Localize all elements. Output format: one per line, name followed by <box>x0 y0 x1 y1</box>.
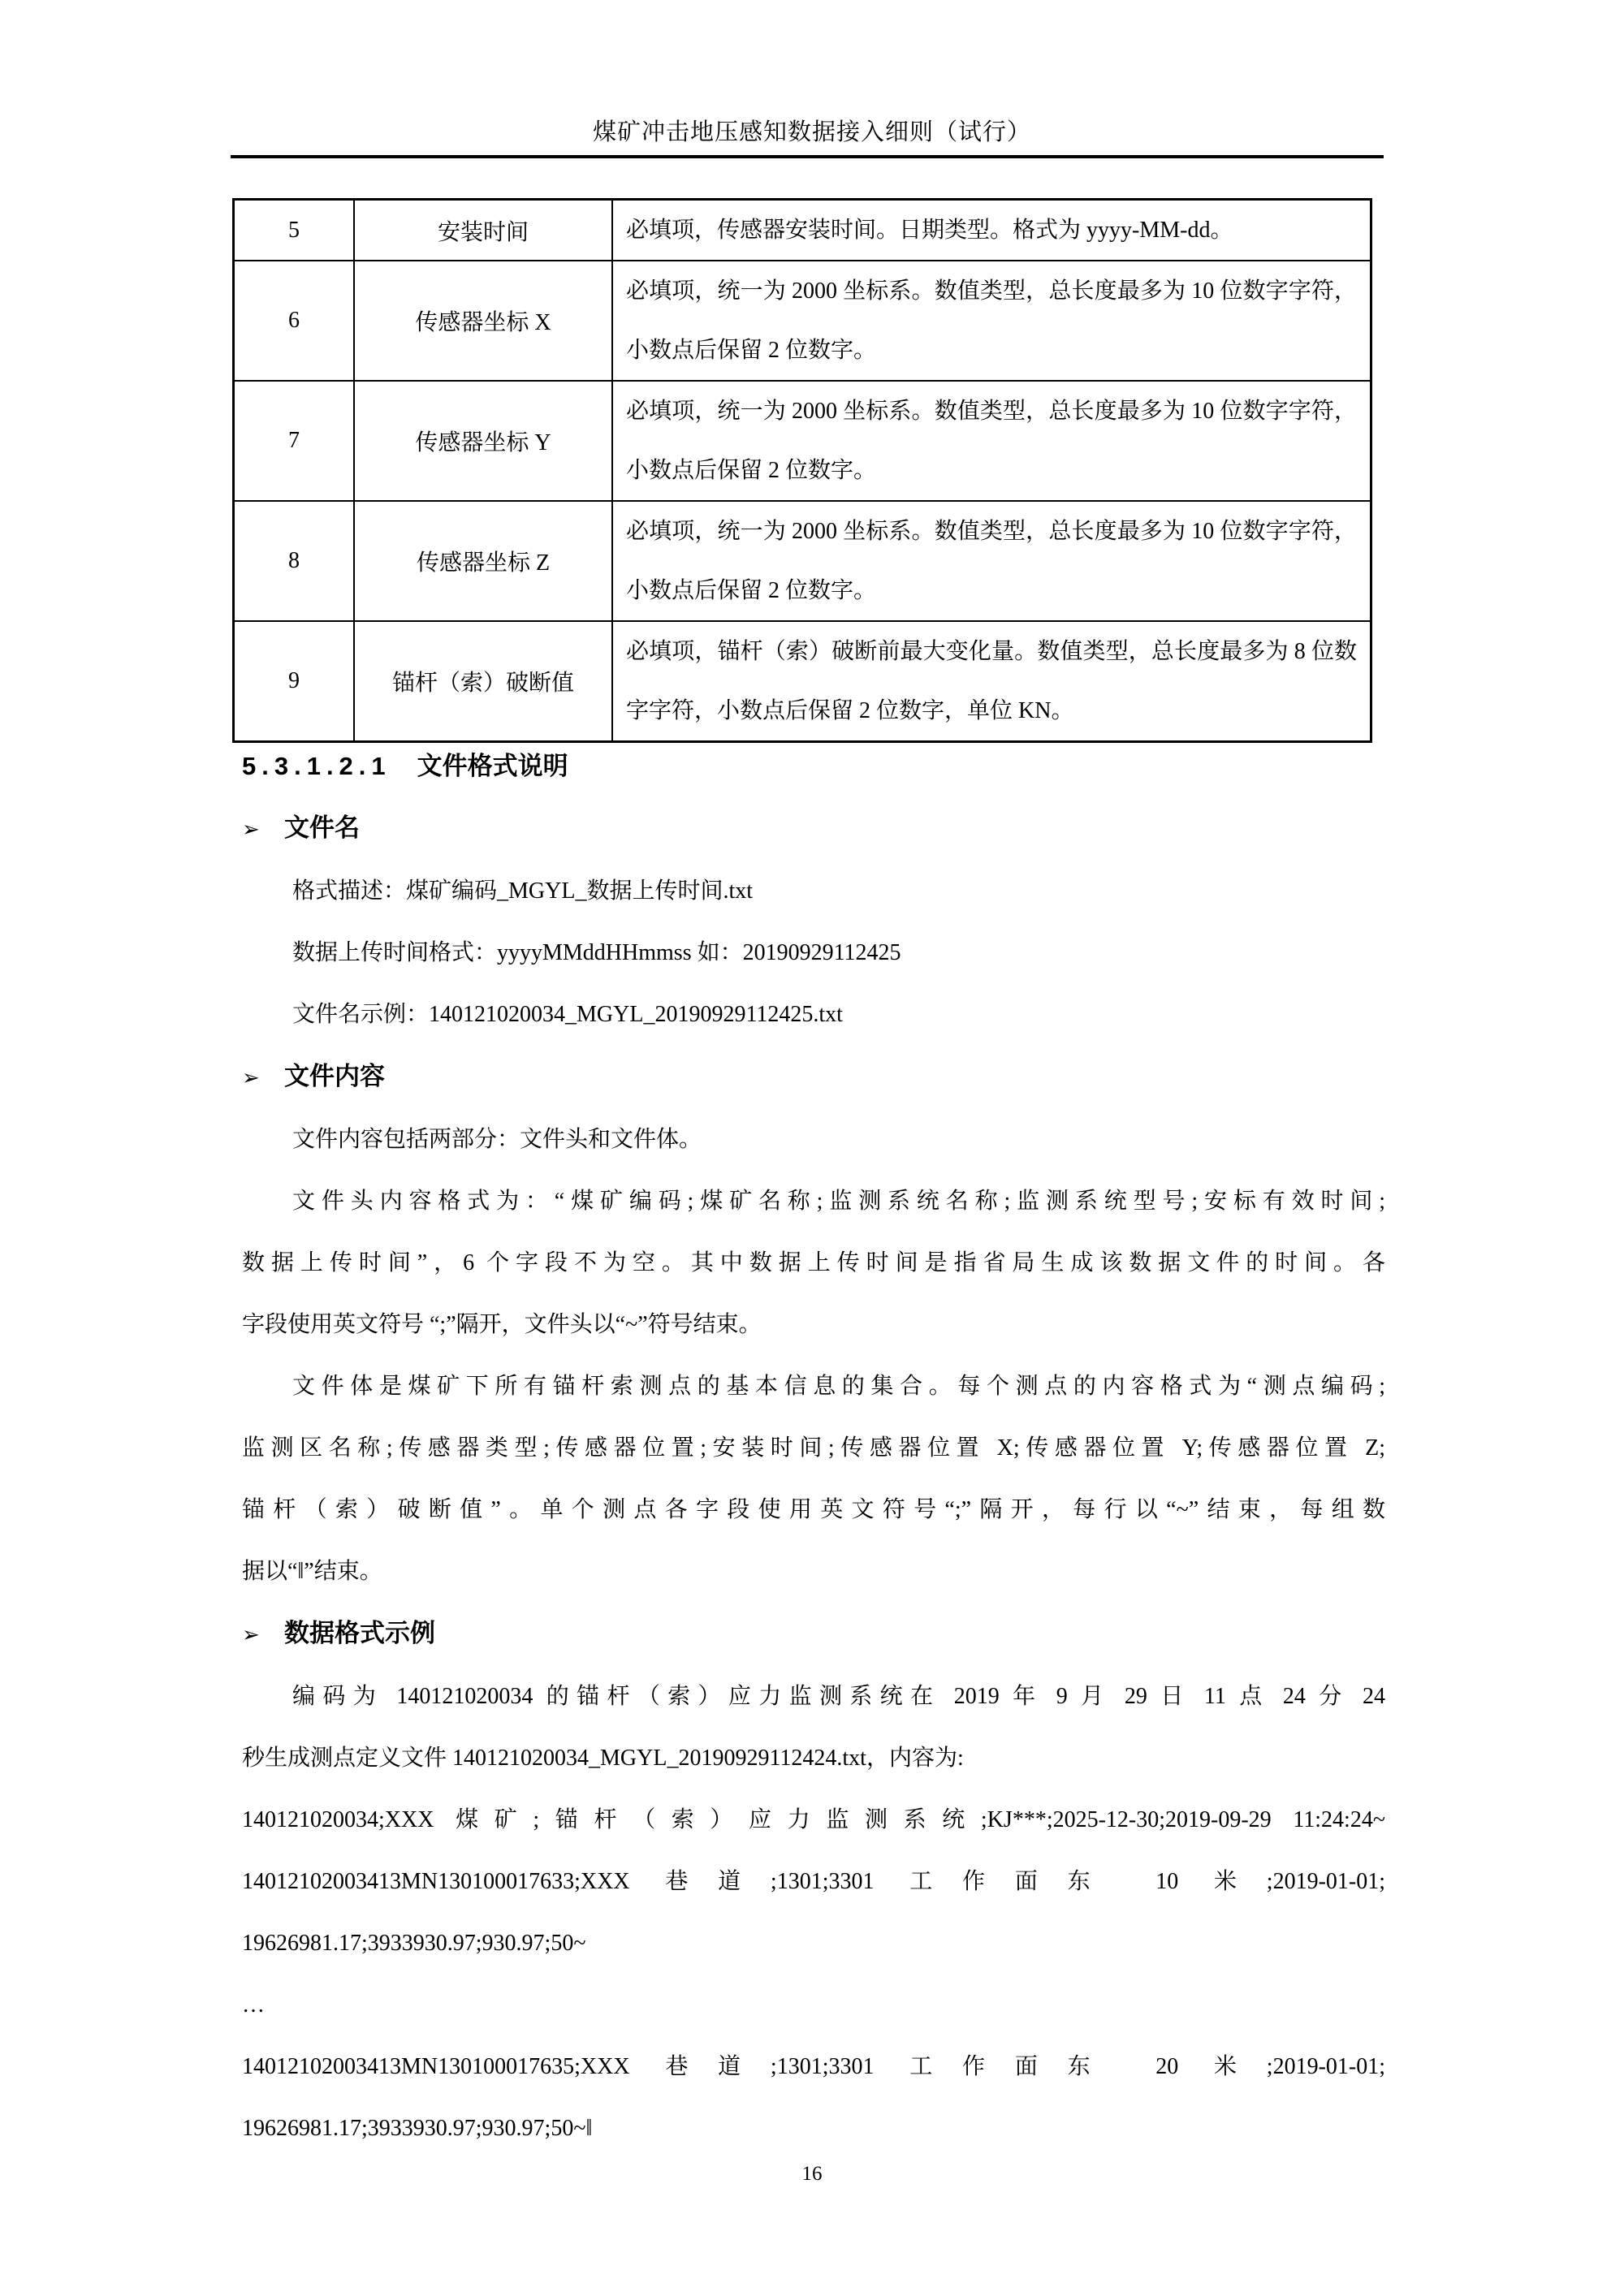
file-header-para-line: 字段使用英文符号 “;”隔开，文件头以“~”符号结束。 <box>242 1294 1385 1356</box>
page-number: 16 <box>0 2163 1624 2186</box>
file-header-para-line: 数据上传时间”，6 个字段不为空。其中数据上传时间是指省局生成该数据文件的时间。… <box>242 1232 1385 1294</box>
field-spec-table-body: 5 安装时间 必填项，传感器安装时间。日期类型。格式为 yyyy-MM-dd。 … <box>234 200 1371 742</box>
file-body-para-line: 据以“‖”结束。 <box>242 1541 1385 1603</box>
body-text: 5.3.1.2.1文件格式说明 ➢文件名 格式描述：煤矿编码_MGYL_数据上传… <box>242 736 1385 2160</box>
arrowhead-bullet-icon: ➢ <box>242 799 284 861</box>
table-row: 9 锚杆（索）破断值 必填项，锚杆（索）破断前最大变化量。数值类型，总长度最多为… <box>234 621 1371 742</box>
header-rule <box>231 155 1384 158</box>
filename-format-line: 格式描述：煤矿编码_MGYL_数据上传时间.txt <box>242 861 1385 922</box>
section-heading: 5.3.1.2.1文件格式说明 <box>242 736 1385 797</box>
row-number-cell: 7 <box>234 381 355 501</box>
file-body-para-line: 监测区名称;传感器类型;传感器位置;安装时间;传感器位置 X;传感器位置 Y;传… <box>242 1418 1385 1479</box>
section-title: 文件格式说明 <box>417 752 568 780</box>
field-desc-cell: 必填项，传感器安装时间。日期类型。格式为 yyyy-MM-dd。 <box>612 200 1371 261</box>
file-header-para-line: 文件头内容格式为：“煤矿编码;煤矿名称;监测系统名称;监测系统型号;安标有效时间… <box>242 1171 1385 1232</box>
table-row: 5 安装时间 必填项，传感器安装时间。日期类型。格式为 yyyy-MM-dd。 <box>234 200 1371 261</box>
upload-time-format-line: 数据上传时间格式：yyyyMMddHHmmss 如：20190929112425 <box>242 922 1385 984</box>
table-row: 6 传感器坐标 X 必填项，统一为 2000 坐标系。数值类型，总长度最多为 1… <box>234 261 1371 381</box>
document-page: 煤矿冲击地压感知数据接入细则（试行） 5 安装时间 必填项，传感器安装时间。日期… <box>0 0 1624 2296</box>
field-name-cell: 传感器坐标 Z <box>354 501 612 621</box>
ellipsis-line: … <box>242 1974 1385 2036</box>
table-row: 7 传感器坐标 Y 必填项，统一为 2000 坐标系。数值类型，总长度最多为 1… <box>234 381 1371 501</box>
field-spec-table: 5 安装时间 必填项，传感器安装时间。日期类型。格式为 yyyy-MM-dd。 … <box>232 198 1372 743</box>
arrowhead-bullet-icon: ➢ <box>242 1047 284 1109</box>
example-intro-line: 编码为 140121020034 的锚杆（索）应力监测系统在 2019 年 9 … <box>242 1666 1385 1728</box>
field-name-cell: 传感器坐标 Y <box>354 381 612 501</box>
section-number: 5.3.1.2.1 <box>242 752 391 780</box>
example-data-line: 14012102003413MN130100017635;XXX 巷道;1301… <box>242 2036 1385 2098</box>
bullet-filename: ➢文件名 <box>242 797 1385 861</box>
row-number-cell: 8 <box>234 501 355 621</box>
bullet-data-example: ➢数据格式示例 <box>242 1603 1385 1666</box>
example-data-line: 14012102003413MN130100017633;XXX 巷道;1301… <box>242 1851 1385 1913</box>
bullet-data-example-label: 数据格式示例 <box>284 1619 435 1647</box>
field-name-cell: 传感器坐标 X <box>354 261 612 381</box>
row-number-cell: 5 <box>234 200 355 261</box>
field-name-cell: 锚杆（索）破断值 <box>354 621 612 742</box>
field-desc-cell: 必填项，锚杆（索）破断前最大变化量。数值类型，总长度最多为 8 位数字字符，小数… <box>612 621 1371 742</box>
field-desc-cell: 必填项，统一为 2000 坐标系。数值类型，总长度最多为 10 位数字字符，小数… <box>612 261 1371 381</box>
bullet-file-content-label: 文件内容 <box>284 1062 385 1090</box>
bullet-file-content: ➢文件内容 <box>242 1046 1385 1109</box>
field-desc-cell: 必填项，统一为 2000 坐标系。数值类型，总长度最多为 10 位数字字符，小数… <box>612 501 1371 621</box>
page-title: 煤矿冲击地压感知数据接入细则（试行） <box>0 114 1624 147</box>
table-row: 8 传感器坐标 Z 必填项，统一为 2000 坐标系。数值类型，总长度最多为 1… <box>234 501 1371 621</box>
row-number-cell: 6 <box>234 261 355 381</box>
example-data-line: 19626981.17;3933930.97;930.97;50~ <box>242 1913 1385 1974</box>
file-body-para-line: 锚杆（索）破断值”。单个测点各字段使用英文符号“;”隔开，每行以“~”结束，每组… <box>242 1479 1385 1541</box>
example-data-line: 140121020034;XXX 煤矿;锚杆（索）应力监测系统;KJ***;20… <box>242 1789 1385 1851</box>
field-desc-cell: 必填项，统一为 2000 坐标系。数值类型，总长度最多为 10 位数字字符，小数… <box>612 381 1371 501</box>
bullet-filename-label: 文件名 <box>284 814 360 842</box>
content-intro-line: 文件内容包括两部分：文件头和文件体。 <box>242 1109 1385 1171</box>
arrowhead-bullet-icon: ➢ <box>242 1604 284 1666</box>
file-body-para-line: 文件体是煤矿下所有锚杆索测点的基本信息的集合。每个测点的内容格式为“测点编码; <box>242 1356 1385 1418</box>
example-intro-line: 秒生成测点定义文件 140121020034_MGYL_201909291124… <box>242 1728 1385 1789</box>
example-data-line: 19626981.17;3933930.97;930.97;50~‖ <box>242 2098 1385 2160</box>
field-name-cell: 安装时间 <box>354 200 612 261</box>
filename-example-line: 文件名示例：140121020034_MGYL_20190929112425.t… <box>242 984 1385 1046</box>
row-number-cell: 9 <box>234 621 355 742</box>
